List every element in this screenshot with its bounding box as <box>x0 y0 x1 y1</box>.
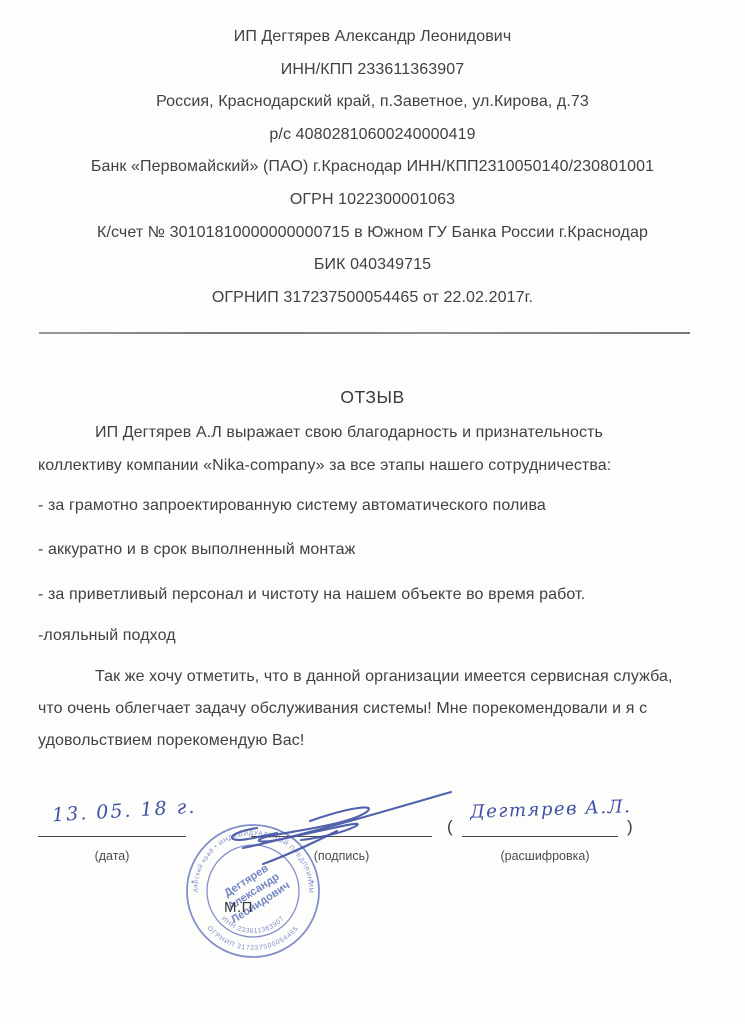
closing-line-1: Так же хочу отметить, что в данной орган… <box>95 668 715 686</box>
closing-line-2: что очень облегчает задачу обслуживания … <box>38 700 715 718</box>
date-label: (дата) <box>38 849 186 863</box>
company-requisites-header: ИП Дегтярев Александр Леонидович ИНН/КПП… <box>38 21 707 314</box>
bullet-item-3: - за приветливый персонал и чистоту на н… <box>38 586 715 604</box>
header-line-address: Россия, Краснодарский край, п.Заветное, … <box>38 86 707 119</box>
transcript-underline <box>462 820 618 837</box>
document-title: ОТЗЫВ <box>0 387 745 408</box>
header-separator-line <box>39 332 690 334</box>
bullet-item-2: - аккуратно и в срок выполненный монтаж <box>38 541 715 559</box>
intro-line-2: коллективу компании «Nika-company» за вс… <box>38 457 715 475</box>
transcript-label: (расшифровка) <box>447 849 643 863</box>
handwritten-name-transcript: Дегтярев А.Л. <box>470 796 632 823</box>
handwritten-signature-icon <box>215 775 465 870</box>
header-line-account: р/с 40802810600240000419 <box>38 119 707 152</box>
header-line-ogrnip: ОГРНИП 317237500054465 от 22.02.2017г. <box>38 282 707 315</box>
header-line-bank: Банк «Первомайский» (ПАО) г.Краснодар ИН… <box>38 151 707 184</box>
header-line-bik: БИК 040349715 <box>38 249 707 282</box>
stamp-star-left: ✶ <box>190 879 195 886</box>
intro-line-1: ИП Дегтярев А.Л выражает свою благодарно… <box>95 424 715 442</box>
stamp-place-mp-label: М.П <box>224 899 253 916</box>
closing-line-3: удовольствием порекомендую Вас! <box>38 732 715 750</box>
header-line-ogrn: ОГРН 1022300001063 <box>38 184 707 217</box>
scanned-testimonial-document: ИП Дегтярев Александр Леонидович ИНН/КПП… <box>0 0 745 1024</box>
bullet-item-1: - за грамотно запроектированную систему … <box>38 497 715 515</box>
header-line-inn-kpp: ИНН/КПП 233611363907 <box>38 54 707 87</box>
header-line-owner: ИП Дегтярев Александр Леонидович <box>38 21 707 54</box>
stamp-star-right: ✶ <box>310 879 315 886</box>
bullet-item-4: -лояльный подход <box>38 627 715 645</box>
header-line-corr-account: К/счет № 30101810000000000715 в Южном ГУ… <box>38 217 707 250</box>
transcript-paren-close: ) <box>627 817 633 837</box>
